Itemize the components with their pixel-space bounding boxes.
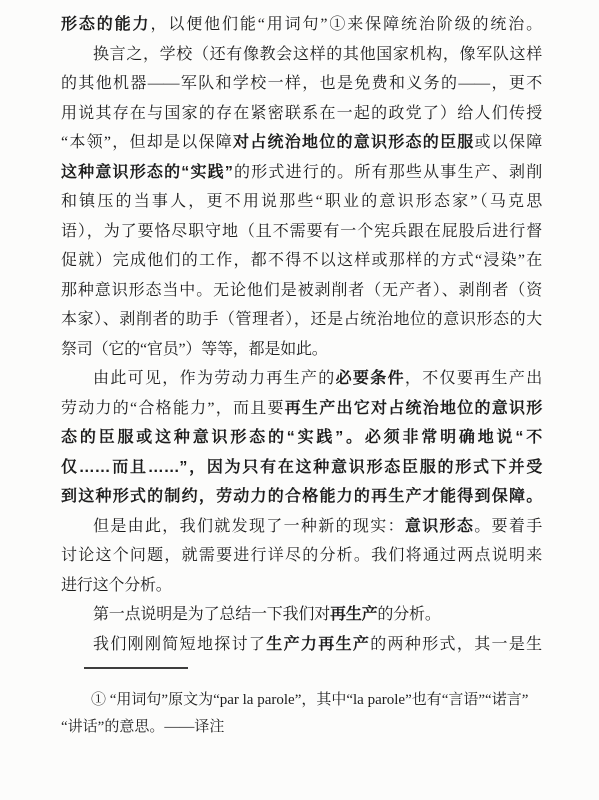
body-text-segment: 语），为了要恪尽职守地（且不需要有一个宪兵跟在屁股后进行督: [61, 223, 542, 240]
body-text-segment: 和镇压的当事人，更不用说那些“职业的意识形态家”（马克思: [61, 193, 542, 210]
footnote-divider: [84, 667, 188, 669]
text-line: 我们刚刚简短地探讨了生产力再生产的两种形式，其一是生: [61, 630, 542, 660]
text-line: 和镇压的当事人，更不用说那些“职业的意识形态家”（马克思: [61, 187, 542, 217]
body-text-segment: 本家）、剥削者的助手（管理者），还是占统治地位的意识形态的大: [61, 311, 542, 328]
emphasis-text: 形态的能力: [61, 16, 150, 33]
body-text-segment: “用词句”原文为“par la parole”，其中“la parole”也有“…: [106, 692, 528, 708]
emphasis-text: 态的臣服或这种意识形态的“实践”。必须非常明确地说“不: [61, 429, 542, 446]
emphasis-text: 生产力再生产: [266, 636, 370, 653]
text-line: 换言之，学校（还有像教会这样的其他国家机构，像军队这样: [61, 40, 542, 70]
body-text-segment: “本领”，但却是以保障: [61, 134, 233, 151]
text-line: 但是由此，我们就发现了一种新的现实：意识形态。要着手: [61, 512, 542, 542]
text-line: 这种意识形态的“实践”的形式进行的。所有那些从事生产、剥削: [61, 158, 542, 188]
emphasis-text: 这种意识形态的“实践”: [61, 164, 233, 181]
emphasis-text: 再生产出它对占统治地位的意识形: [285, 400, 542, 417]
emphasis-text: 仅……而且……”，因为只有在这种意识形态臣服的形式下并受: [61, 459, 542, 476]
body-text-segment: 进行这个分析。: [61, 577, 172, 594]
emphasis-text: 再生产: [330, 606, 377, 623]
body-text-segment: 。要着手: [474, 518, 542, 535]
body-text-segment: 或以保障: [474, 134, 542, 151]
body-text-segment: 的分析。: [377, 606, 440, 623]
footnote: ① “用词句”原文为“par la parole”，其中“la parole”也…: [61, 687, 542, 741]
emphasis-text: 意识形态: [405, 518, 474, 535]
body-text-segment: 讨论这个问题，就需要进行详尽的分析。我们将通过两点说明来: [61, 547, 542, 564]
body-text-segment: 第一点说明是为了总结一下我们对: [93, 606, 330, 623]
body-text: 形态的能力，以便他们能“用词句”①来保障统治阶级的统治。换言之，学校（还有像教会…: [61, 10, 542, 659]
book-page: 形态的能力，以便他们能“用词句”①来保障统治阶级的统治。换言之，学校（还有像教会…: [0, 0, 599, 800]
footnote-line: ① “用词句”原文为“par la parole”，其中“la parole”也…: [61, 687, 542, 714]
text-line: 由此可见，作为劳动力再生产的必要条件，不仅要再生产出: [61, 364, 542, 394]
text-line: 进行这个分析。: [61, 571, 542, 601]
text-line: 用说其存在与国家的存在紧密联系在一起的政党了）给人们传授: [61, 99, 542, 129]
footnote-ref-marker: ①: [327, 16, 347, 33]
body-text-segment: “讲话”的意思。——译注: [61, 719, 224, 735]
body-text-segment: 由此可见，作为劳动力再生产的: [93, 370, 336, 387]
body-text-segment: 但是由此，我们就发现了一种新的现实：: [93, 518, 405, 535]
body-text-segment: 的其他机器——军队和学校一样，也是免费和义务的——，更不: [61, 75, 542, 92]
text-line: 本家）、剥削者的助手（管理者），还是占统治地位的意识形态的大: [61, 305, 542, 335]
body-text-segment: 我们刚刚简短地探讨了: [93, 636, 266, 653]
text-line: 第一点说明是为了总结一下我们对再生产的分析。: [61, 600, 542, 630]
body-text-segment: 祭司（它的“官员”）等等，都是如此。: [61, 341, 328, 358]
emphasis-text: 对占统治地位的意识形态的臣服: [233, 134, 475, 151]
text-line: 劳动力的“合格能力”，而且要再生产出它对占统治地位的意识形: [61, 394, 542, 424]
body-text-segment: 劳动力的“合格能力”，而且要: [61, 400, 285, 417]
text-line: 语），为了要恪尽职守地（且不需要有一个宪兵跟在屁股后进行督: [61, 217, 542, 247]
footnote-line: “讲话”的意思。——译注: [61, 714, 542, 741]
emphasis-text: 必要条件: [336, 370, 405, 387]
text-line: 祭司（它的“官员”）等等，都是如此。: [61, 335, 542, 365]
text-line: “本领”，但却是以保障对占统治地位的意识形态的臣服或以保障: [61, 128, 542, 158]
body-text-segment: 促就）完成他们的工作，都不得不以这样或那样的方式“浸染”在: [61, 252, 542, 269]
text-line: 促就）完成他们的工作，都不得不以这样或那样的方式“浸染”在: [61, 246, 542, 276]
body-text-segment: 来保障统治阶级的统治。: [347, 16, 542, 33]
text-line: 那种意识形态当中。无论他们是被剥削者（无产者）、剥削者（资: [61, 276, 542, 306]
body-text-segment: 的形式进行的。所有那些从事生产、剥削: [233, 164, 542, 181]
text-line: 仅……而且……”，因为只有在这种意识形态臣服的形式下并受: [61, 453, 542, 483]
body-text-segment: 用说其存在与国家的存在紧密联系在一起的政党了）给人们传授: [61, 105, 542, 122]
text-line: 的其他机器——军队和学校一样，也是免费和义务的——，更不: [61, 69, 542, 99]
body-text-segment: ，以便他们能“用词句”: [150, 16, 327, 33]
body-text-segment: 换言之，学校（还有像教会这样的其他国家机构，像军队这样: [93, 46, 542, 63]
body-text-segment: ，不仅要再生产出: [405, 370, 542, 387]
footnote-ref-marker: ①: [91, 692, 106, 708]
text-line: 态的臣服或这种意识形态的“实践”。必须非常明确地说“不: [61, 423, 542, 453]
text-line: 讨论这个问题，就需要进行详尽的分析。我们将通过两点说明来: [61, 541, 542, 571]
text-line: 形态的能力，以便他们能“用词句”①来保障统治阶级的统治。: [61, 10, 542, 40]
body-text-segment: 的两种形式，其一是生: [370, 636, 542, 653]
text-line: 到这种形式的制约，劳动力的合格能力的再生产才能得到保障。: [61, 482, 542, 512]
body-text-segment: 那种意识形态当中。无论他们是被剥削者（无产者）、剥削者（资: [61, 282, 542, 299]
emphasis-text: 到这种形式的制约，劳动力的合格能力的再生产才能得到保障。: [61, 488, 542, 505]
